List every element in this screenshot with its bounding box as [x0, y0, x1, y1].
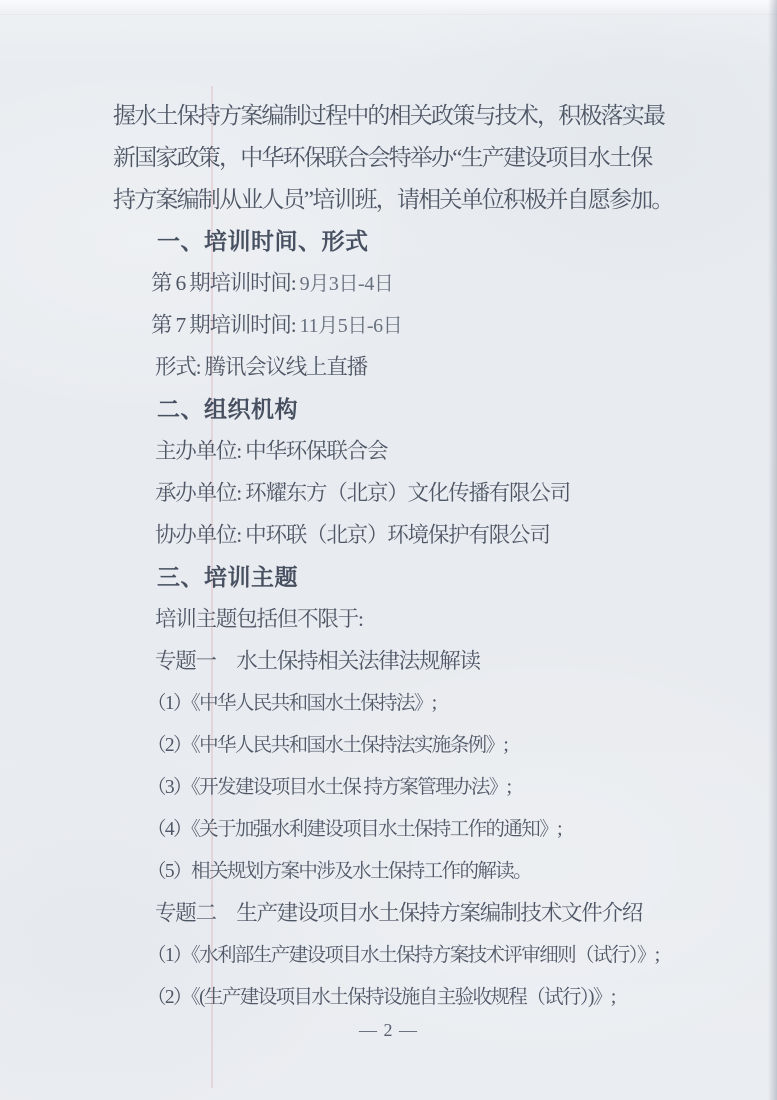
line-text: 专题二 生产建设项目水土保持方案编制技术文件介绍 — [155, 896, 642, 927]
topic-1-item-4: （4）《关于加强水利建设项目水土保持工作的通知》; — [147, 806, 669, 848]
field-value: 9月3日-4日 — [300, 267, 394, 296]
line-text: 一、培训时间、形式 — [157, 223, 369, 256]
document-body: 握水土保持方案编制过程中的相关政策与技术，积极落实最新国家政策，中华环保联合会特… — [113, 92, 669, 1016]
scan-right-edge — [768, 0, 777, 1100]
topic-2-item-2: （2）《(生产建设项目水土保持设施自主验收规程（试行）)》; — [147, 974, 669, 1016]
scan-top-band — [0, 0, 777, 15]
topic-1-item-5: （5）相关规划方案中涉及水土保持工作的解读。 — [147, 848, 669, 890]
line-text: 二、组织机构 — [157, 391, 298, 424]
line-text: 持方案编制从业人员”培训班，请相关单位积极并自愿参加。 — [113, 181, 673, 214]
field-label: 第 7 期培训时间: — [151, 308, 300, 339]
topic-1-title: 专题一 水土保持相关法律法规解读 — [155, 638, 669, 680]
paragraph-line: 新国家政策，中华环保联合会特举办“生产建设项目水土保 — [113, 134, 669, 176]
line-text: 形式: 腾讯会议线上直播 — [155, 350, 367, 381]
line-text: （1）《水利部生产建设项目水土保持方案技术评审细则（试行）》; — [147, 939, 659, 967]
line-text: 培训主题包括但不限于: — [155, 602, 363, 633]
field-label: 第 6 期培训时间: — [151, 266, 300, 297]
topics-intro: 培训主题包括但不限于: — [155, 596, 669, 638]
line-text: （2）《中华人民共和国水土保持法实施条例》; — [147, 729, 507, 757]
paragraph-line: 握水土保持方案编制过程中的相关政策与技术，积极落实最 — [113, 92, 669, 134]
section-heading-3: 三、培训主题 — [157, 554, 669, 596]
topic-1-item-3: （3）《开发建设项目水土保 持方案管理办法》; — [147, 764, 669, 806]
topic-1-item-2: （2）《中华人民共和国水土保持法实施条例》; — [147, 722, 669, 764]
page-number: — 2 — — [0, 1020, 777, 1041]
line-text: 协办单位: 中环联（北京）环境保护有限公司 — [155, 518, 550, 549]
organizer-undertaker: 承办单位: 环耀东方（北京）文化传播有限公司 — [155, 470, 669, 512]
field-value: 11月5日-6日 — [300, 309, 403, 338]
organizer-host: 主办单位: 中华环保联合会 — [155, 428, 669, 470]
line-text: （1）《中华人民共和国水土保持法》; — [147, 687, 436, 715]
line-text: 专题一 水土保持相关法律法规解读 — [155, 644, 480, 675]
paragraph-line: 持方案编制从业人员”培训班，请相关单位积极并自愿参加。 — [113, 176, 669, 218]
topic-2-title: 专题二 生产建设项目水土保持方案编制技术文件介绍 — [155, 890, 669, 932]
line-text: 三、培训主题 — [157, 559, 298, 592]
line-text: （3）《开发建设项目水土保 持方案管理办法》; — [147, 771, 511, 799]
line-text: 握水土保持方案编制过程中的相关政策与技术，积极落实最 — [113, 97, 664, 130]
training-session-6: 第 6 期培训时间: 9月3日-4日 — [151, 260, 669, 302]
line-text: 新国家政策，中华环保联合会特举办“生产建设项目水土保 — [113, 139, 651, 172]
line-text: （4）《关于加强水利建设项目水土保持工作的通知》; — [147, 813, 561, 841]
section-heading-1: 一、培训时间、形式 — [157, 218, 669, 260]
topic-1-item-1: （1）《中华人民共和国水土保持法》; — [147, 680, 669, 722]
line-text: （2）《(生产建设项目水土保持设施自主验收规程（试行）)》; — [147, 981, 615, 1009]
organizer-co-organizer: 协办单位: 中环联（北京）环境保护有限公司 — [155, 512, 669, 554]
topic-2-item-1: （1）《水利部生产建设项目水土保持方案技术评审细则（试行）》; — [147, 932, 669, 974]
line-text: 主办单位: 中华环保联合会 — [155, 434, 387, 465]
document-page: 握水土保持方案编制过程中的相关政策与技术，积极落实最新国家政策，中华环保联合会特… — [0, 0, 777, 1100]
training-format: 形式: 腾讯会议线上直播 — [155, 344, 669, 386]
section-heading-2: 二、组织机构 — [157, 386, 669, 428]
line-text: 承办单位: 环耀东方（北京）文化传播有限公司 — [155, 476, 570, 507]
line-text: （5）相关规划方案中涉及水土保持工作的解读。 — [147, 855, 531, 883]
training-session-7: 第 7 期培训时间: 11月5日-6日 — [151, 302, 669, 344]
